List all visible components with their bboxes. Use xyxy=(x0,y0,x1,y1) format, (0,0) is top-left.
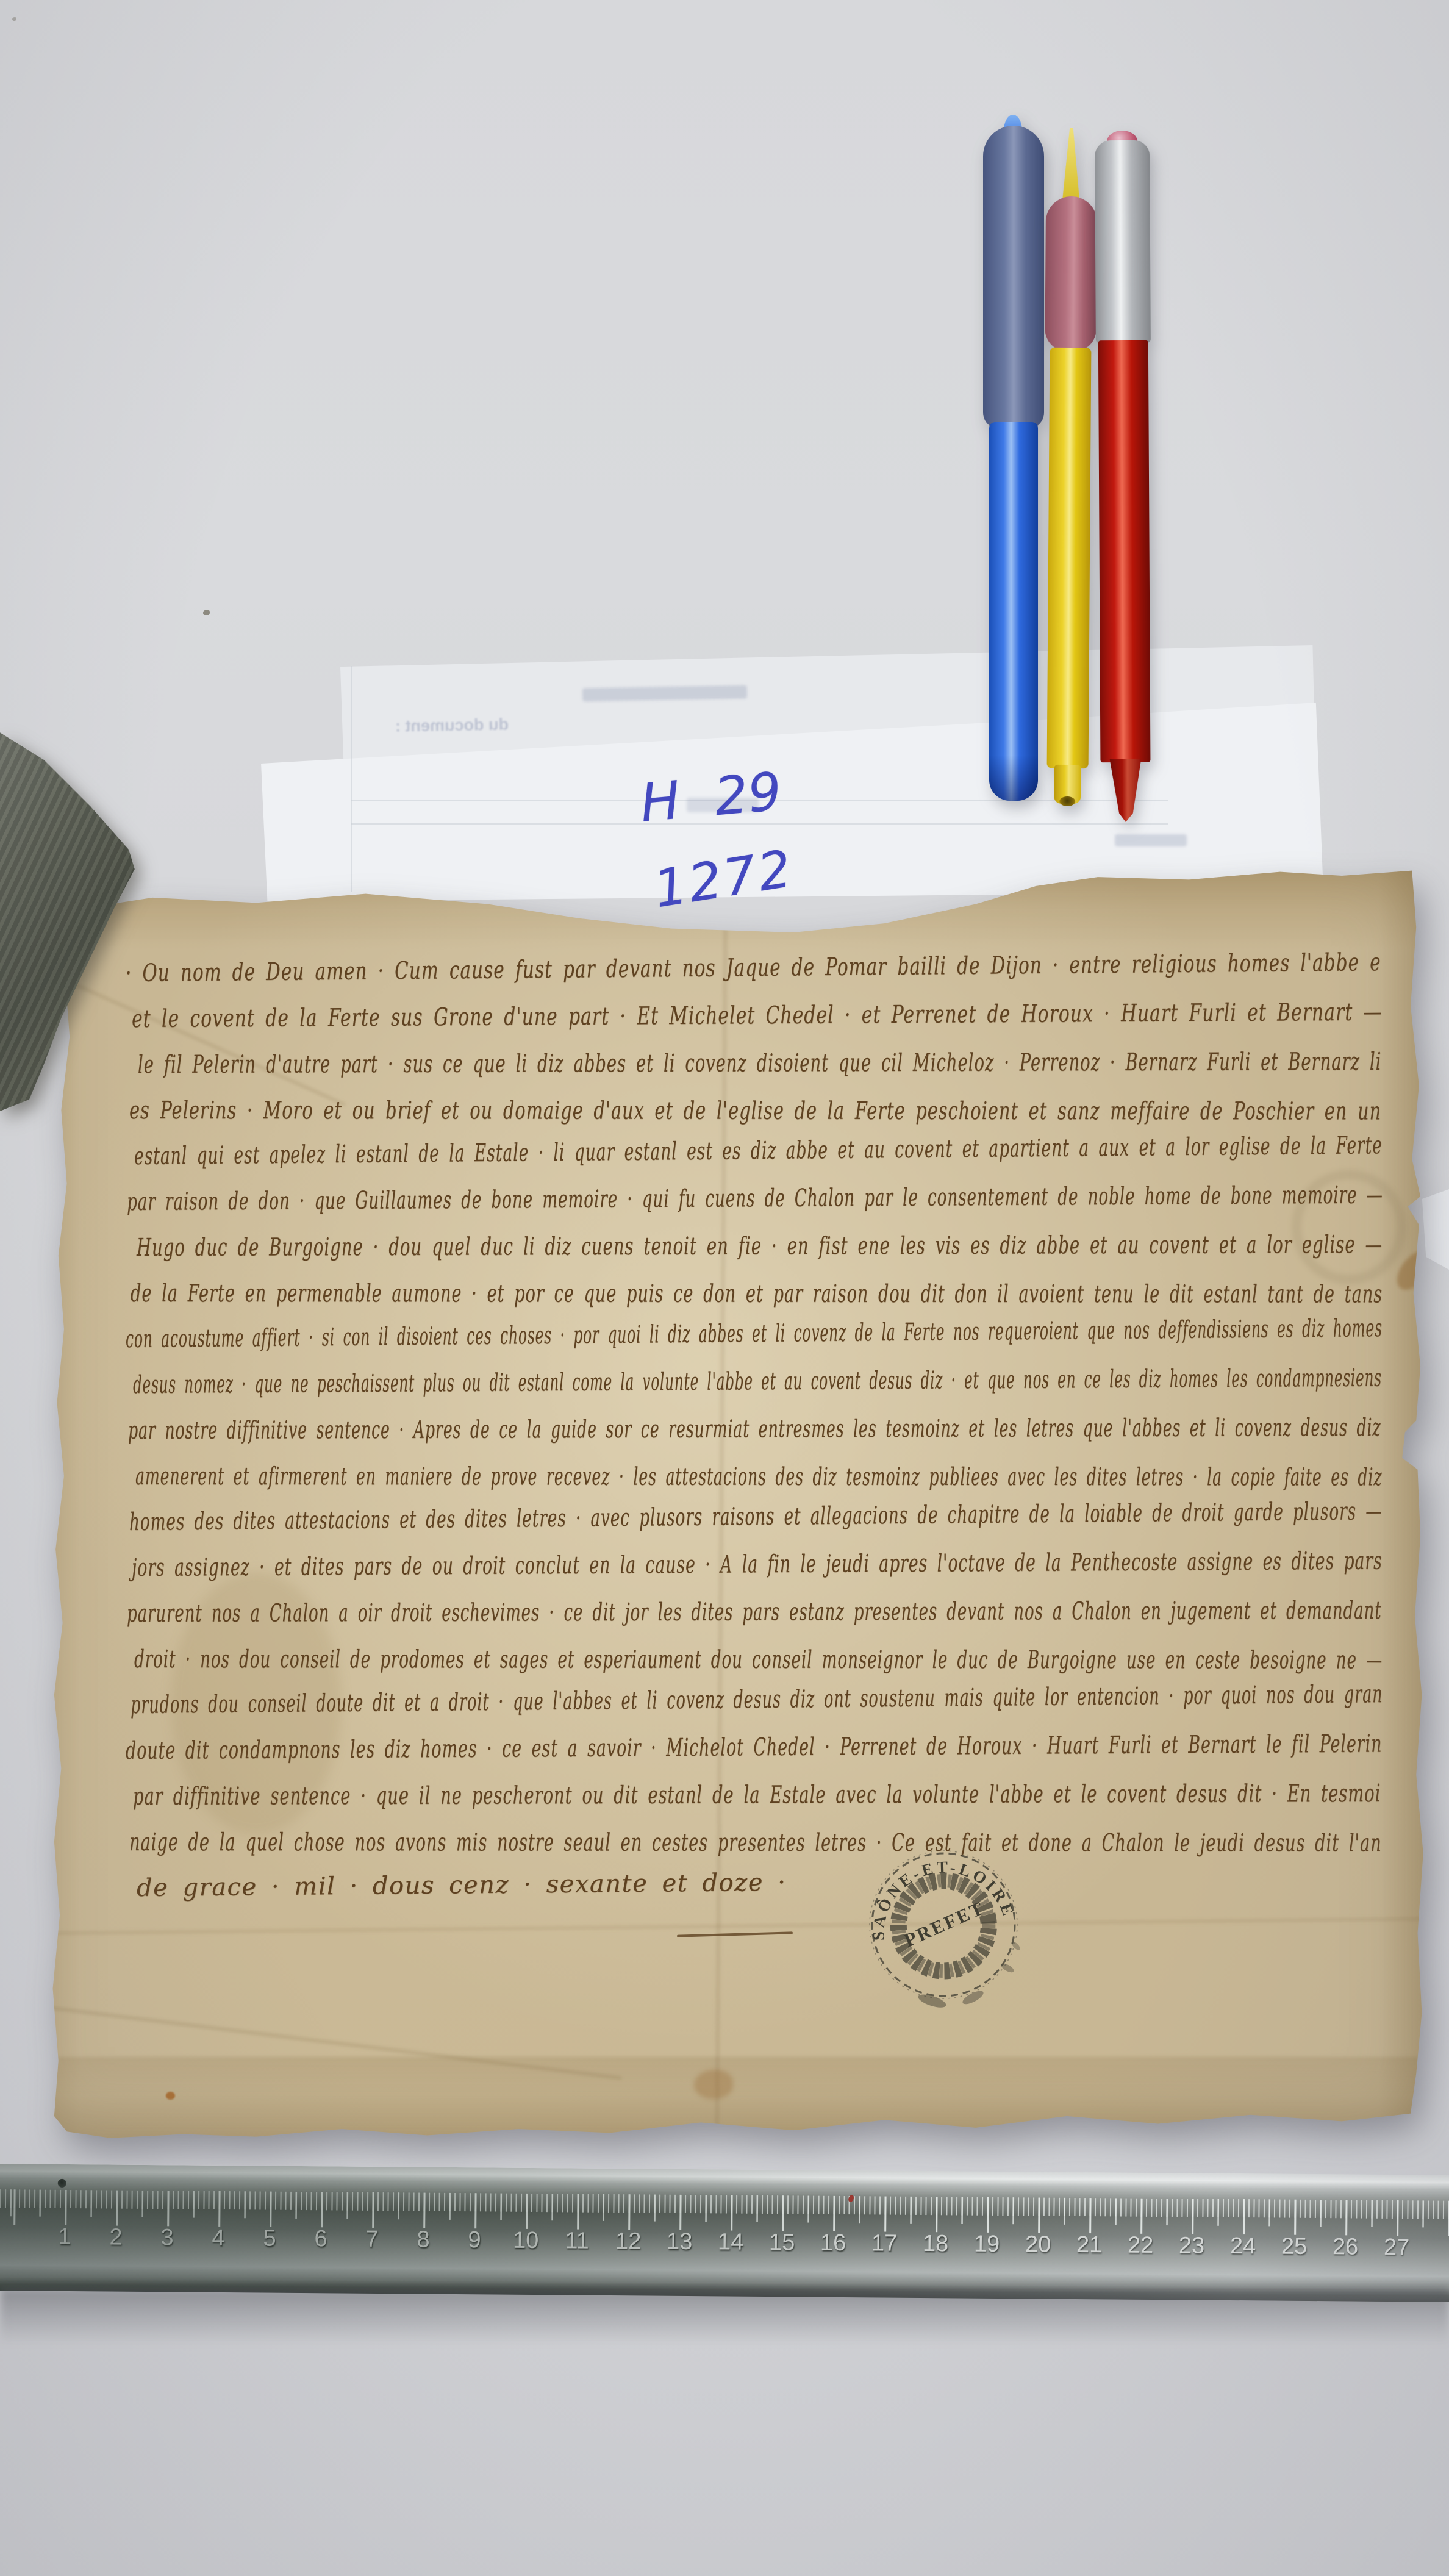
line-filler-flourish xyxy=(677,1931,793,1937)
manuscript-line: Hugo duc de Burgoigne · dou quel duc li … xyxy=(137,1231,1383,1262)
manuscript-line: de grace · mil · dous cenz · sexante et … xyxy=(137,1869,787,1902)
manuscript-line: de la Ferte en permenable aumone · et po… xyxy=(131,1279,1383,1308)
ruler-cm-number: 2 xyxy=(103,2224,129,2250)
crease xyxy=(715,853,728,2141)
metal-ruler: 1234567891011121314151617181920212223242… xyxy=(0,2164,1449,2302)
ruler-cm-number: 4 xyxy=(206,2225,231,2252)
ruler-cm-number: 3 xyxy=(154,2225,180,2251)
ruler-cm-number: 6 xyxy=(308,2226,334,2252)
manuscript-line: par nostre diffinitive sentence · Apres … xyxy=(128,1414,1381,1445)
parchment-charter: · Ou nom de Deu amen · Cum cause fust pa… xyxy=(22,853,1425,2141)
ruler-cm-number: 22 xyxy=(1128,2233,1153,2259)
manuscript-line: naige de la quel chose nos avons mis nos… xyxy=(129,1828,1382,1857)
show-through-print-blur xyxy=(582,685,747,702)
ruler-rivet-hole xyxy=(58,2179,66,2188)
show-through-print-blur xyxy=(1115,834,1187,846)
red-pen-barrel xyxy=(1098,340,1151,762)
ruler-cm-number: 21 xyxy=(1076,2232,1102,2258)
sheet-corner-peek xyxy=(1421,1189,1449,1270)
blue-pen-barrel xyxy=(989,422,1038,801)
manuscript-line: desus nomez · que ne peschaissent plus o… xyxy=(133,1364,1382,1399)
dust-speck xyxy=(12,17,16,21)
brown-blot xyxy=(694,2070,733,2099)
manuscript-line: par raison de don · que Guillaumes de bo… xyxy=(127,1181,1383,1216)
red-pen-silver-cap xyxy=(1095,140,1151,343)
ruler-cm-number: 11 xyxy=(564,2228,590,2254)
ruler-cm-number: 14 xyxy=(718,2229,743,2255)
blue-pen-grip xyxy=(983,126,1044,429)
ruler-cm-number: 17 xyxy=(871,2230,897,2256)
parchment-surface: · Ou nom de Deu amen · Cum cause fust pa… xyxy=(22,853,1425,2141)
show-through-print: du document : xyxy=(395,715,509,735)
stone-paperweight xyxy=(0,721,146,1111)
manuscript-line: par diffinitive sentence · que il ne pes… xyxy=(133,1780,1381,1811)
parchment-hole xyxy=(146,871,165,886)
ruler-cm-number: 7 xyxy=(359,2227,385,2253)
ruler-shadow xyxy=(0,2288,1449,2344)
manuscript-line: parurent nos a Chalon a oir droit eschev… xyxy=(127,1597,1382,1628)
prefecture-stamp: SAÔNE-ET-LOIRE PREFET xyxy=(846,1820,1040,2029)
ruler-cm-number: 12 xyxy=(615,2228,641,2255)
crease xyxy=(40,2005,621,2080)
manuscript-line: doute dit condampnons les diz homes · ce… xyxy=(126,1730,1383,1765)
ruler-cm-number: 27 xyxy=(1384,2234,1409,2261)
ruler-cm-number: 23 xyxy=(1179,2233,1204,2259)
ruler-cm-number: 10 xyxy=(513,2228,538,2254)
yellow-pencil-end-hole xyxy=(1059,796,1075,806)
manuscript-line: homes des dites attestacions et des dite… xyxy=(129,1497,1383,1536)
stamp-smudges xyxy=(909,1939,1030,2015)
ruler-cm-number: 9 xyxy=(462,2227,487,2253)
manuscript-line: et le covent de la Ferte sus Grone d'une… xyxy=(132,998,1383,1033)
stone-surface xyxy=(0,721,146,1111)
blue-ballpoint-pen xyxy=(983,115,1044,801)
rust-spot xyxy=(166,2092,175,2100)
ruler-number-scale: 1234567891011121314151617181920212223242… xyxy=(0,2164,1449,2175)
ruler-cm-number: 5 xyxy=(257,2225,282,2252)
red-pen xyxy=(1093,131,1156,822)
ruler-cm-number: 13 xyxy=(667,2229,692,2255)
yellow-pencil-barrel xyxy=(1047,348,1092,768)
red-pen-tip xyxy=(1109,759,1142,822)
ruler-cm-number: 20 xyxy=(1025,2231,1051,2258)
ruler-cm-number: 26 xyxy=(1333,2234,1358,2260)
yellow-pencil xyxy=(1042,128,1098,813)
manuscript-line: es Pelerins · Moro et ou brief et ou dom… xyxy=(129,1097,1381,1125)
ruler-cm-number: 24 xyxy=(1230,2233,1256,2259)
crease xyxy=(22,1917,1425,1935)
yellow-pencil-tip xyxy=(1062,128,1080,200)
ruler-cm-number: 8 xyxy=(410,2227,436,2253)
manuscript-line: estanl qui est apelez li estanl de la Es… xyxy=(134,1131,1383,1170)
manuscript-line: amenerent et afirmerent en maniere de pr… xyxy=(135,1462,1383,1491)
archive-photo-scene: du document : H 29 1272 · Ou nom de Deu … xyxy=(0,0,1449,2576)
ruler-cm-number: 16 xyxy=(820,2230,846,2256)
ruler-cm-number: 18 xyxy=(923,2231,948,2257)
dust-speck xyxy=(203,610,210,615)
yellow-pencil-pink-grip xyxy=(1045,196,1097,352)
ruler-cm-number: 1 xyxy=(52,2224,77,2250)
stamp-center-text: PREFET xyxy=(901,1897,987,1951)
manuscript-line: le fil Pelerin d'autre part · sus ce que… xyxy=(138,1048,1382,1079)
manuscript-line: droit · nos dou conseil de prodomes et s… xyxy=(134,1645,1383,1674)
ruler-cm-number: 15 xyxy=(769,2230,795,2256)
ruler-cm-number: 19 xyxy=(974,2231,1000,2258)
manuscript-line: prudons dou conseil doute dit et a droit… xyxy=(131,1680,1383,1719)
ruler-cm-number: 25 xyxy=(1281,2234,1307,2260)
shelfmark-label: H 29 xyxy=(638,761,784,834)
manuscript-line: con acoustume affiert · si con il disoie… xyxy=(126,1314,1383,1353)
manuscript-line: jors assignez · et dites pars de ou droi… xyxy=(132,1547,1383,1582)
manuscript-line: · Ou nom de Deu amen · Cum cause fust pa… xyxy=(126,948,1381,987)
crease xyxy=(22,2057,1425,2094)
